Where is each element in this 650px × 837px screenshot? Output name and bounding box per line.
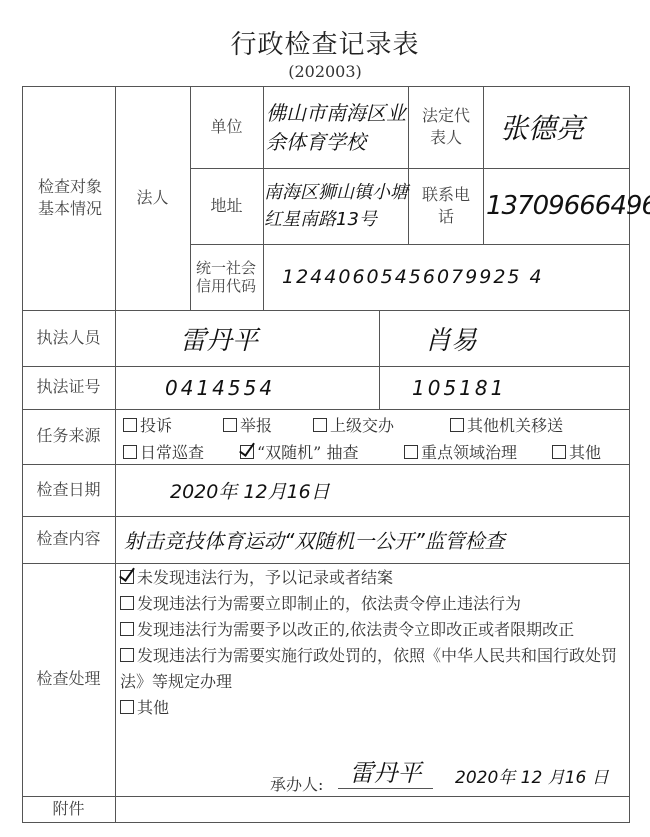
checkbox[interactable] xyxy=(404,445,418,459)
attachment-value[interactable] xyxy=(116,797,628,821)
unit-value: 佛山市南海区业余体育学校 xyxy=(266,90,406,166)
checkbox[interactable] xyxy=(450,418,464,432)
task-source-label: 任务来源 xyxy=(22,409,115,464)
handler-signature: 雷丹平 xyxy=(338,752,433,789)
phone-value: 13709666496 xyxy=(486,168,628,244)
checkbox-checked[interactable] xyxy=(240,445,254,459)
checkbox[interactable] xyxy=(123,418,137,432)
checkbox[interactable] xyxy=(120,700,134,714)
address-value: 南海区狮山镇小塘红星南路13号 xyxy=(264,170,408,242)
inspection-date-label: 检查日期 xyxy=(22,464,115,516)
credit-code-label: 统一社会信用代码 xyxy=(194,244,258,310)
task-source-option[interactable]: 其他机关移送 xyxy=(450,413,563,436)
checkbox[interactable] xyxy=(223,418,237,432)
checkbox[interactable] xyxy=(123,445,137,459)
divider xyxy=(408,86,409,244)
handler-label: 承办人: xyxy=(270,772,323,795)
subject-section-label: 检查对象基本情况 xyxy=(28,86,112,310)
officer-2-name: 肖易 xyxy=(425,310,615,366)
divider xyxy=(22,822,630,823)
subject-type-label: 法人 xyxy=(115,86,190,310)
address-label: 地址 xyxy=(190,168,263,244)
divider xyxy=(483,86,484,244)
checkbox-checked[interactable] xyxy=(120,570,134,584)
handling-option[interactable]: 其他 xyxy=(120,695,625,721)
unit-label: 单位 xyxy=(190,86,263,168)
inspection-content-value: 射击竞技体育运动“双随机一公开”监管检查 xyxy=(124,516,624,563)
checkbox[interactable] xyxy=(313,418,327,432)
officer-1-name: 雷丹平 xyxy=(180,310,370,366)
phone-label: 联系电话 xyxy=(416,168,476,244)
handling-options: 未发现违法行为，予以记录或者结案 发现违法行为需要立即制止的，依法责令停止违法行… xyxy=(120,565,625,721)
legal-rep-value: 张德亮 xyxy=(500,86,628,168)
officer-1-cert: 0414554 xyxy=(165,366,365,409)
inspection-content-label: 检查内容 xyxy=(22,516,115,563)
officers-label: 执法人员 xyxy=(22,310,115,366)
checkbox[interactable] xyxy=(552,445,566,459)
handling-option[interactable]: 发现违法行为需要实施行政处罚的，依照《中华人民共和国行政处罚法》等规定办理 xyxy=(120,643,625,695)
handling-option[interactable]: 未发现违法行为，予以记录或者结案 xyxy=(120,565,625,591)
task-source-option[interactable]: 举报 xyxy=(223,413,272,436)
handling-option[interactable]: 发现违法行为需要予以改正的,依法责令立即改正或者限期改正 xyxy=(120,617,625,643)
divider xyxy=(379,310,380,409)
task-source-option[interactable]: 其他 xyxy=(552,440,601,463)
checkbox[interactable] xyxy=(120,596,134,610)
credit-code-value: 12440605456079925 4 xyxy=(282,244,622,310)
task-source-option[interactable]: 日常巡查 xyxy=(123,440,204,463)
task-source-option[interactable]: 投诉 xyxy=(123,413,172,436)
document-code: (202003) xyxy=(0,62,650,81)
page-title: 行政检查记录表 xyxy=(0,24,650,61)
task-source-option[interactable]: “双随机” 抽查 xyxy=(240,440,358,463)
task-source-option[interactable]: 上级交办 xyxy=(313,413,394,436)
checkbox[interactable] xyxy=(120,648,134,662)
checkbox[interactable] xyxy=(120,622,134,636)
attachment-label: 附件 xyxy=(22,796,115,822)
handling-label: 检查处理 xyxy=(22,563,115,796)
inspection-date-value: 2020年 12月16日 xyxy=(170,464,470,516)
legal-rep-label: 法定代表人 xyxy=(416,86,476,168)
cert-label: 执法证号 xyxy=(22,366,115,409)
officer-2-cert: 105181 xyxy=(412,366,612,409)
handling-option[interactable]: 发现违法行为需要立即制止的，依法责令停止违法行为 xyxy=(120,591,625,617)
task-source-option[interactable]: 重点领域治理 xyxy=(404,440,517,463)
sign-date: 2020年 12 月16 日 xyxy=(455,760,625,790)
